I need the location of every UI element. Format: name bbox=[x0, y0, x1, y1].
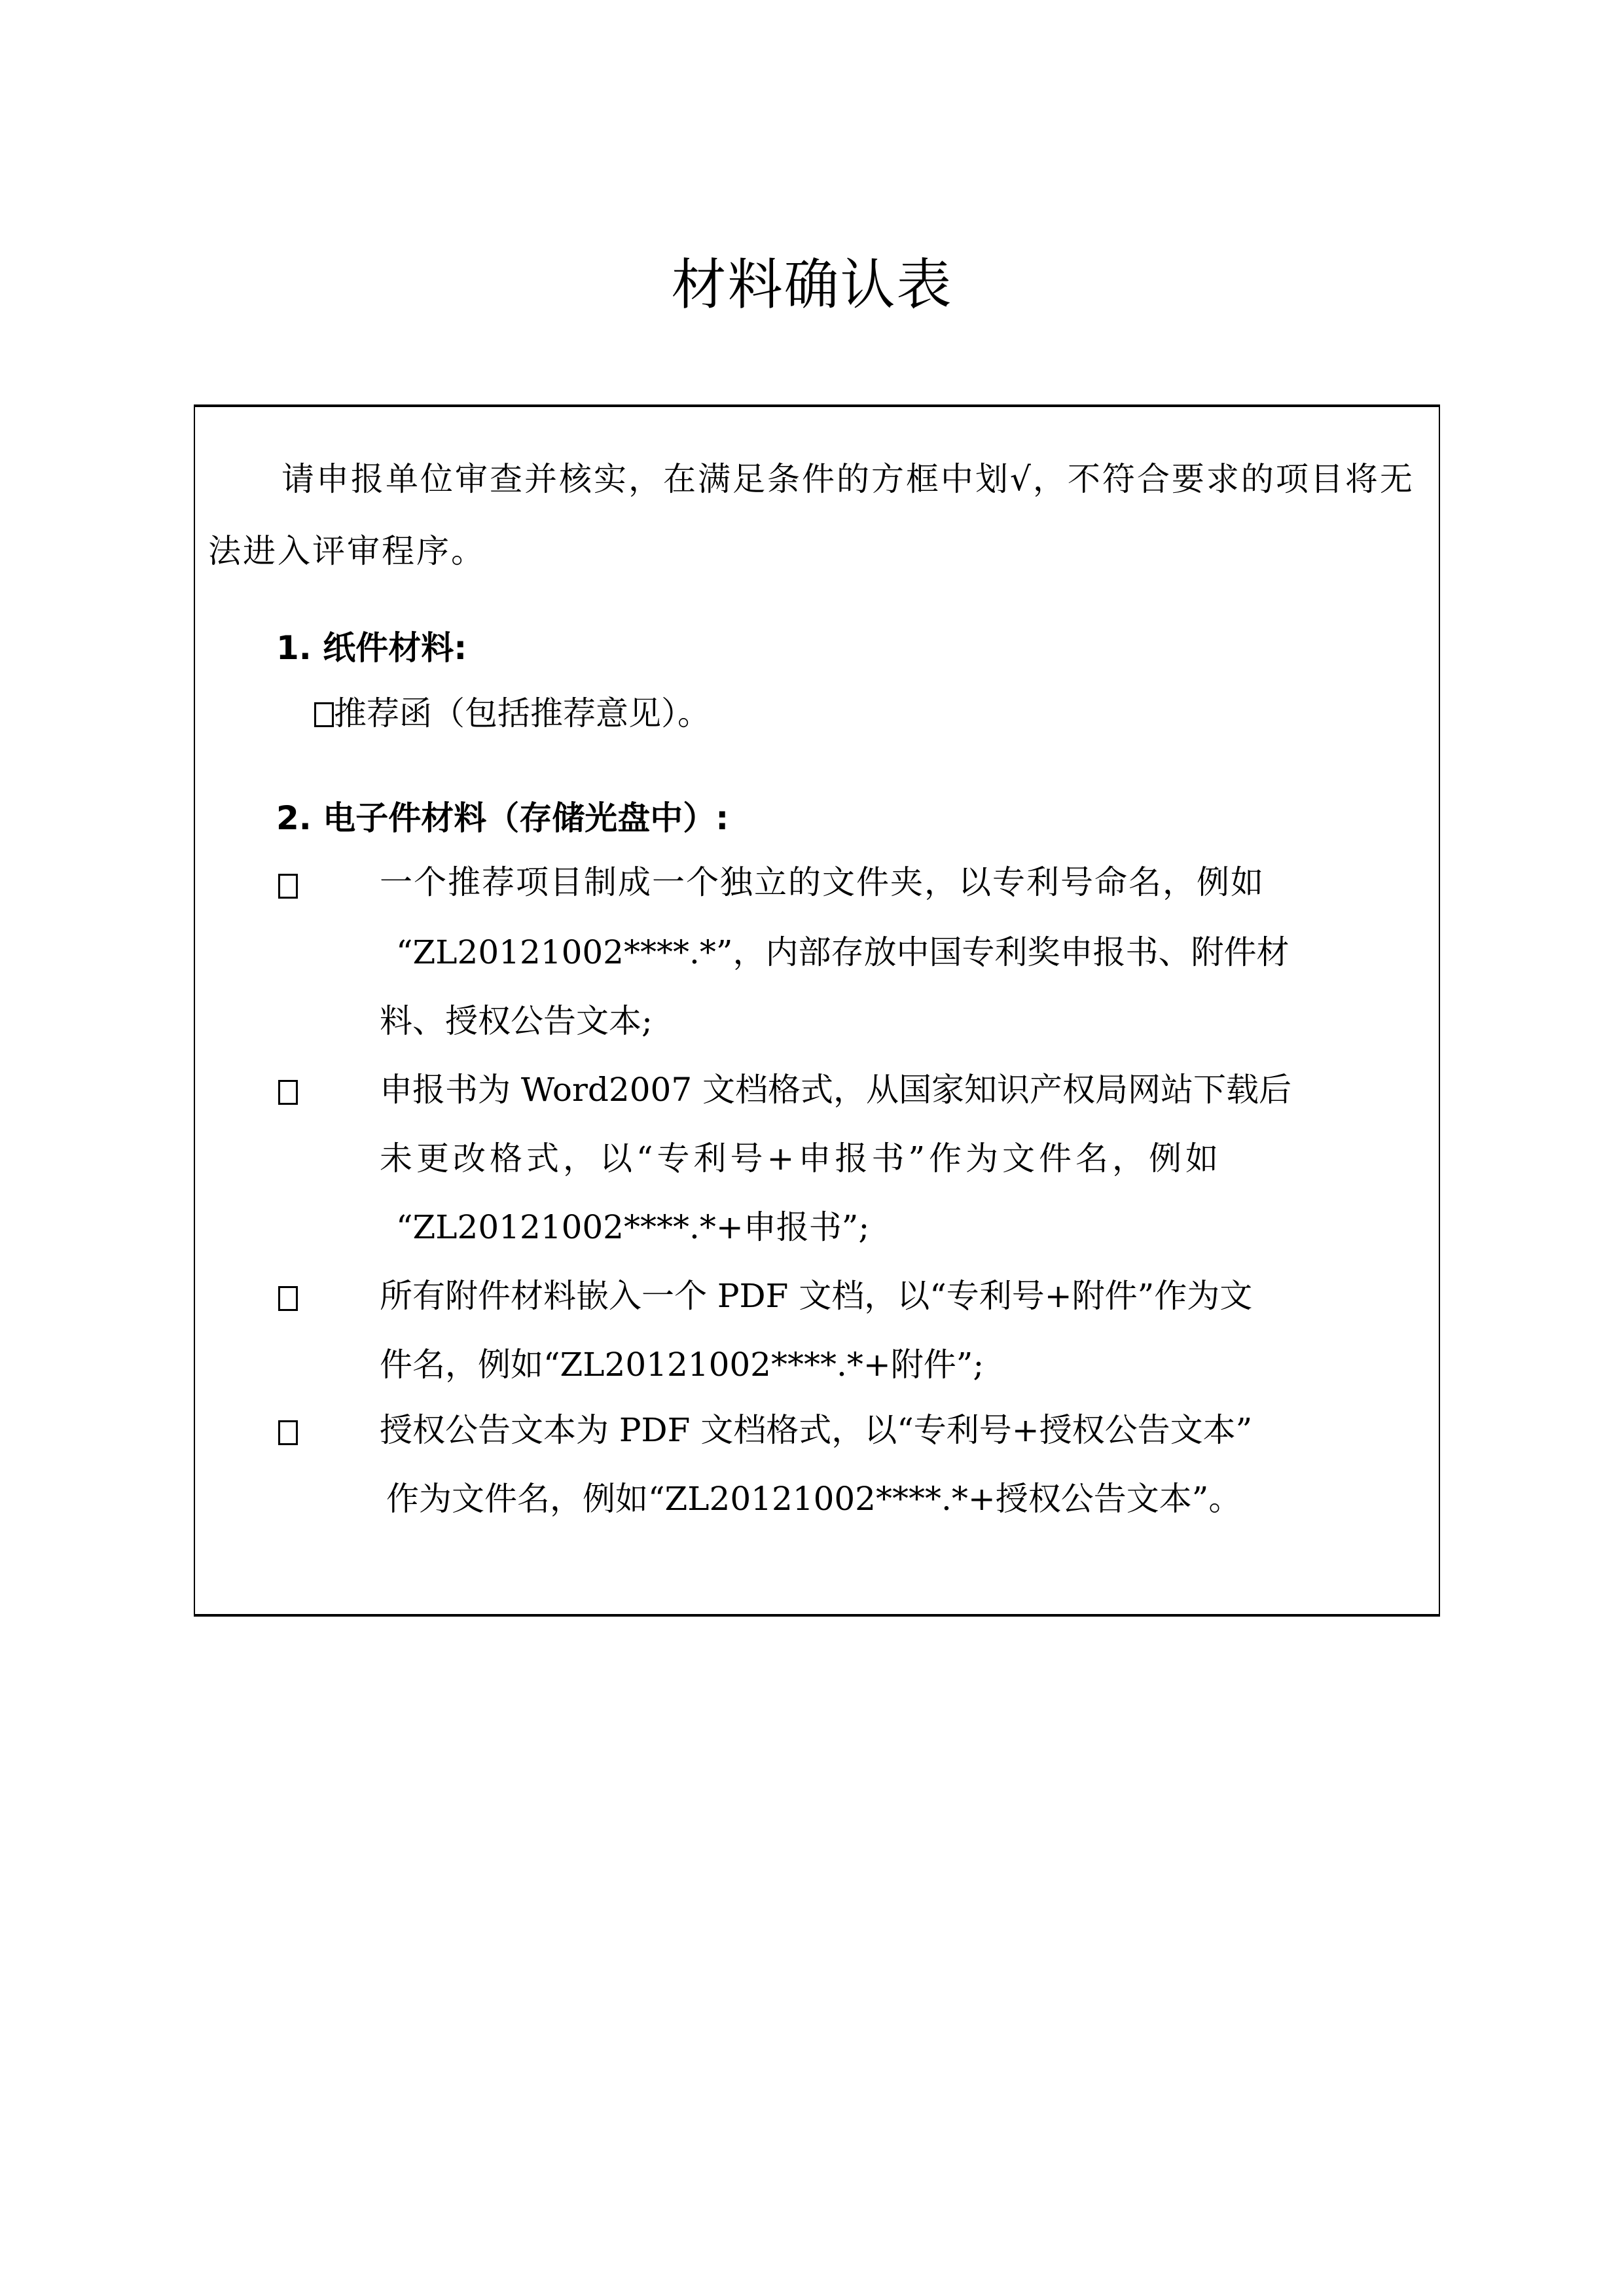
checkbox[interactable] bbox=[278, 874, 298, 899]
item-text: 料、授权公告文本; bbox=[380, 1001, 653, 1041]
checkbox[interactable] bbox=[278, 1080, 298, 1105]
item-text: 推荐函（包括推荐意见）。 bbox=[334, 694, 710, 732]
item-text: 申报书为 Word2007 文档格式，从国家知识产权局网站下载后 bbox=[380, 1070, 1291, 1109]
checkbox[interactable] bbox=[278, 1286, 298, 1311]
section-heading-electronic: 2. 电子件材料（存储光盘中）: bbox=[276, 798, 729, 838]
item-text: 件名，例如“ZL20121002****.*+附件”; bbox=[380, 1345, 984, 1384]
page-title: 材料确认表 bbox=[0, 252, 1624, 317]
item-text: 一个推荐项目制成一个独立的文件夹，以专利号命名，例如 bbox=[380, 863, 1265, 902]
list-item-recommendation-letter: 推荐函（包括推荐意见）。 bbox=[314, 694, 710, 733]
section-heading-paper: 1. 纸件材料: bbox=[276, 628, 467, 668]
intro-line-2: 法进入评审程序。 bbox=[208, 531, 486, 571]
intro-line-1: 请申报单位审查并核实，在满足条件的方框中划√，不符合要求的项目将无 bbox=[281, 459, 1415, 499]
item-text: 所有附件材料嵌入一个 PDF 文档，以“专利号+附件”作为文 bbox=[380, 1276, 1252, 1316]
checkbox[interactable] bbox=[278, 1420, 298, 1445]
checkbox[interactable] bbox=[314, 702, 334, 727]
item-text: “ZL20121002****.*+申报书”; bbox=[396, 1208, 869, 1247]
item-text: “ZL20121002****.*”，内部存放中国专利奖申报书、附件材 bbox=[396, 933, 1289, 972]
item-text: 未更改格式，以“专利号+申报书”作为文件名，例如 bbox=[380, 1139, 1222, 1178]
item-text: 作为文件名，例如“ZL20121002****.*+授权公告文本”。 bbox=[386, 1479, 1241, 1518]
item-text: 授权公告文本为 PDF 文档格式，以“专利号+授权公告文本” bbox=[380, 1410, 1252, 1450]
